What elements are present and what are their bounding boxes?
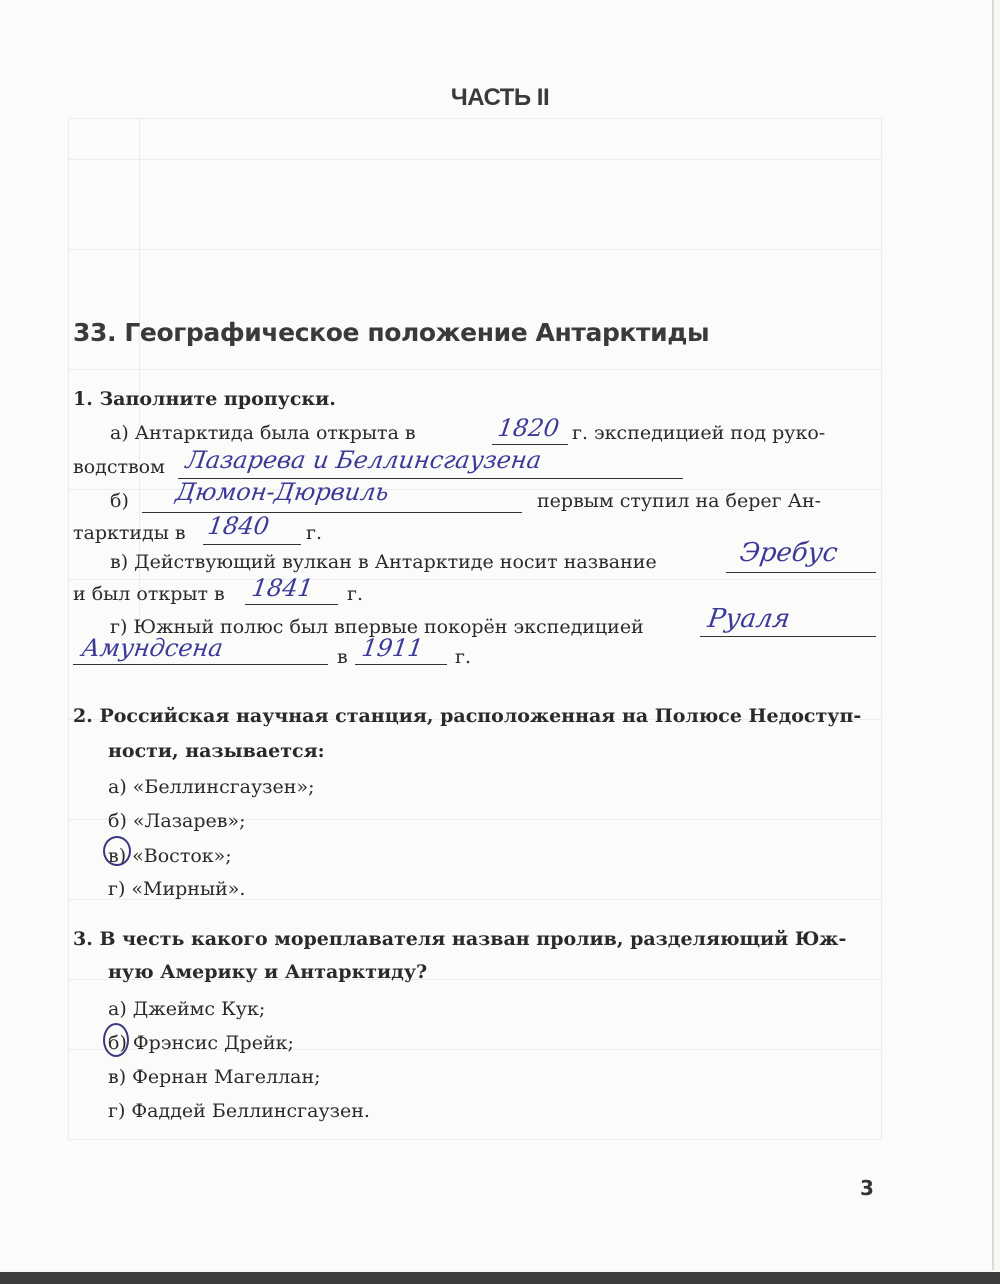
task1g-suffix: г. <box>455 646 471 668</box>
task2-option-g[interactable]: г) «Мирный». <box>108 878 245 900</box>
ghost-divider <box>69 159 881 160</box>
task1b-person-blank[interactable] <box>142 512 522 513</box>
task1v-year-blank[interactable] <box>245 604 338 605</box>
task1g-leader1-answer: Руаля <box>706 604 792 634</box>
task1v-volcano-answer: Эребус <box>738 538 840 568</box>
task3-option-v[interactable]: в) Фернан Магеллан; <box>108 1066 321 1088</box>
task1v-year-answer: 1841 <box>250 574 315 602</box>
task1b-year-blank[interactable] <box>203 544 301 545</box>
task3-heading-line2: ную Америку и Антарктиду? <box>108 963 427 982</box>
task1g-year-blank[interactable] <box>355 664 447 665</box>
workbook-page: ЧАСТЬ II 33. Географическое положение Ан… <box>0 0 994 1270</box>
task1b-year-answer: 1840 <box>206 512 271 540</box>
task2-selected-circle <box>103 836 131 866</box>
task1g-text2: в <box>337 646 348 668</box>
task1v-volcano-blank[interactable] <box>726 572 876 573</box>
ghost-divider <box>69 369 881 370</box>
task2-option-b[interactable]: б) «Лазарев»; <box>108 810 246 832</box>
task3-option-b[interactable]: б) Фрэнсис Дрейк; <box>108 1032 294 1054</box>
task1v-text2: и был открыт в <box>73 583 225 605</box>
task1b-person-answer: Дюмон-Дюрвиль <box>174 478 391 506</box>
task1a-year-blank[interactable] <box>492 444 568 445</box>
task1a-year-answer: 1820 <box>496 414 561 442</box>
task1v-text1: в) Действующий вулкан в Антарктиде носит… <box>110 551 657 573</box>
ghost-divider <box>69 579 881 580</box>
part-title: ЧАСТЬ II <box>0 84 1000 112</box>
task3-selected-circle <box>103 1023 129 1057</box>
task1g-leader-blank2[interactable] <box>73 664 328 665</box>
task2-heading-line2: ности, называется: <box>108 742 325 761</box>
task1b-text1: первым ступил на берег Ан- <box>537 490 821 512</box>
task3-heading-line1: 3. В честь какого мореплавателя назван п… <box>73 930 846 949</box>
task2-heading-line1: 2. Российская научная станция, расположе… <box>73 707 861 726</box>
task1a-leaders-answer: Лазарева и Беллинсгаузена <box>184 446 543 474</box>
scan-bottom-edge <box>0 1272 1000 1284</box>
task1b-suffix: г. <box>306 522 322 544</box>
task2-option-a[interactable]: а) «Беллинсгаузен»; <box>108 776 314 798</box>
task1b-text2: тарктиды в <box>73 522 186 544</box>
task1g-leader-blank1[interactable] <box>700 636 876 637</box>
task1a-text2: г. экспедицией под руко- <box>572 422 825 444</box>
task1a-text3: водством <box>73 456 165 478</box>
page-number: 3 <box>860 1176 874 1200</box>
task1v-suffix: г. <box>347 583 363 605</box>
task1g-year-answer: 1911 <box>360 634 425 662</box>
task3-option-g[interactable]: г) Фаддей Беллинсгаузен. <box>108 1100 370 1122</box>
task3-option-a[interactable]: а) Джеймс Кук; <box>108 998 265 1020</box>
section-title: 33. Географическое положение Антарктиды <box>73 318 709 347</box>
task1-heading: 1. Заполните пропуски. <box>73 390 336 409</box>
task1b-prefix: б) <box>110 490 129 512</box>
ghost-divider <box>69 249 881 250</box>
task1a-text1: а) Антарктида была открыта в <box>110 422 416 444</box>
task1g-leader2-answer: Амундсена <box>80 634 225 662</box>
